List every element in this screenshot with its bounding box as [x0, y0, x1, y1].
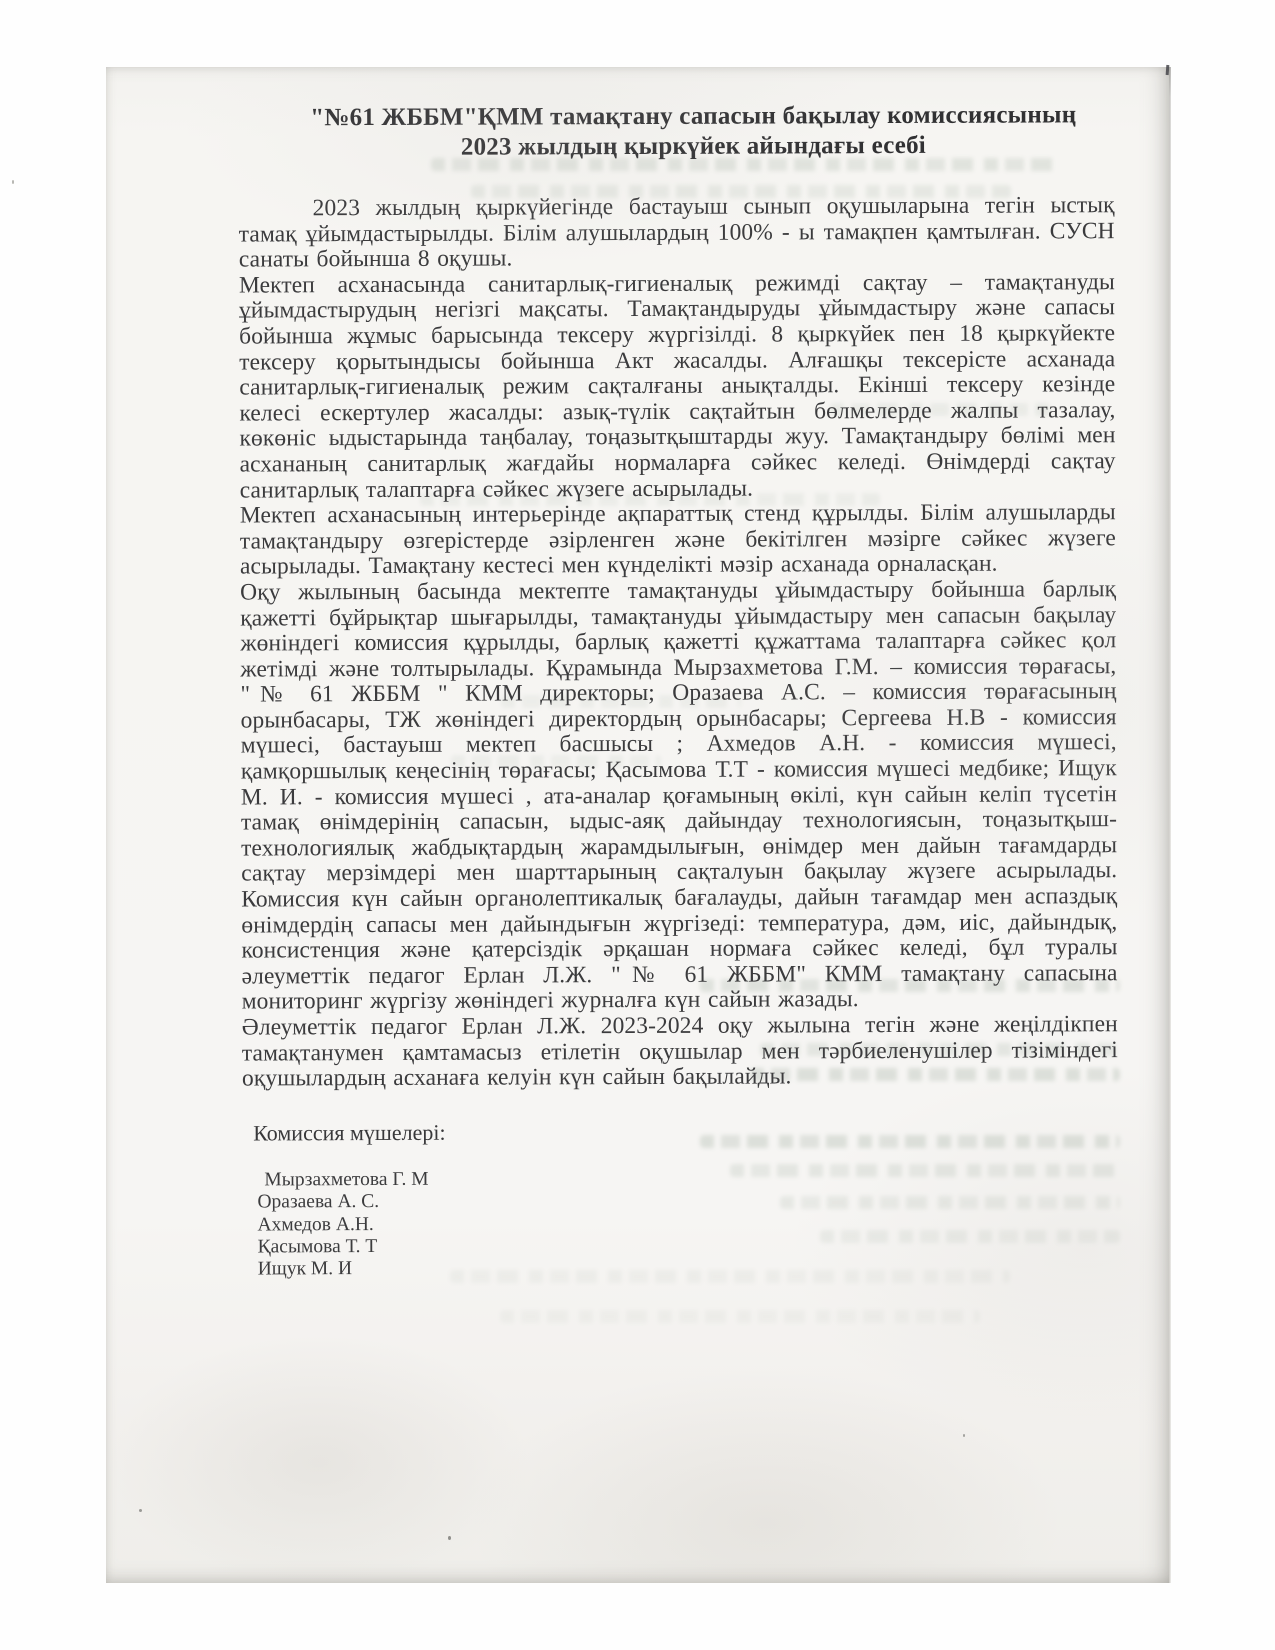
document-content: "№61 ЖББМ"ҚММ тамақтану сапасын бақылау … [103, 65, 1173, 1585]
report-paragraph: Мектеп асханасының интерьерінде ақпаратт… [240, 500, 1116, 580]
report-title-line2: 2023 жылдың қыркүйек айындағы есебі [243, 130, 1143, 163]
report-title-line1: "№61 ЖББМ"ҚММ тамақтану сапасын бақылау … [243, 100, 1143, 133]
report-title: "№61 ЖББМ"ҚММ тамақтану сапасын бақылау … [243, 100, 1143, 163]
scan-speck [12, 180, 14, 184]
committee-members-list: Мырзахметова Г. М Оразаева А. С. Ахмедов… [257, 1166, 1171, 1282]
report-paragraph: Әлеуметтік педагог Ерлан Л.Ж. 2023-2024 … [242, 1012, 1118, 1092]
committee-heading: Комиссия мүшелері: [253, 1117, 1171, 1147]
document-page: "№61 ЖББМ"ҚММ тамақтану сапасын бақылау … [106, 67, 1170, 1583]
report-body: 2023 жылдың қыркүйегінде бастауыш сынып … [239, 193, 1118, 1092]
report-paragraph: Оқу жылының басында мектепте тамақтануды… [240, 577, 1118, 1015]
report-paragraph: 2023 жылдың қыркүйегінде бастауыш сынып … [239, 193, 1115, 273]
report-paragraph: Мектеп асханасында санитарлық-гигиеналық… [239, 270, 1116, 504]
committee-member: Ищук М. И [258, 1255, 1172, 1281]
scan-canvas: "№61 ЖББМ"ҚММ тамақтану сапасын бақылау … [0, 0, 1275, 1650]
